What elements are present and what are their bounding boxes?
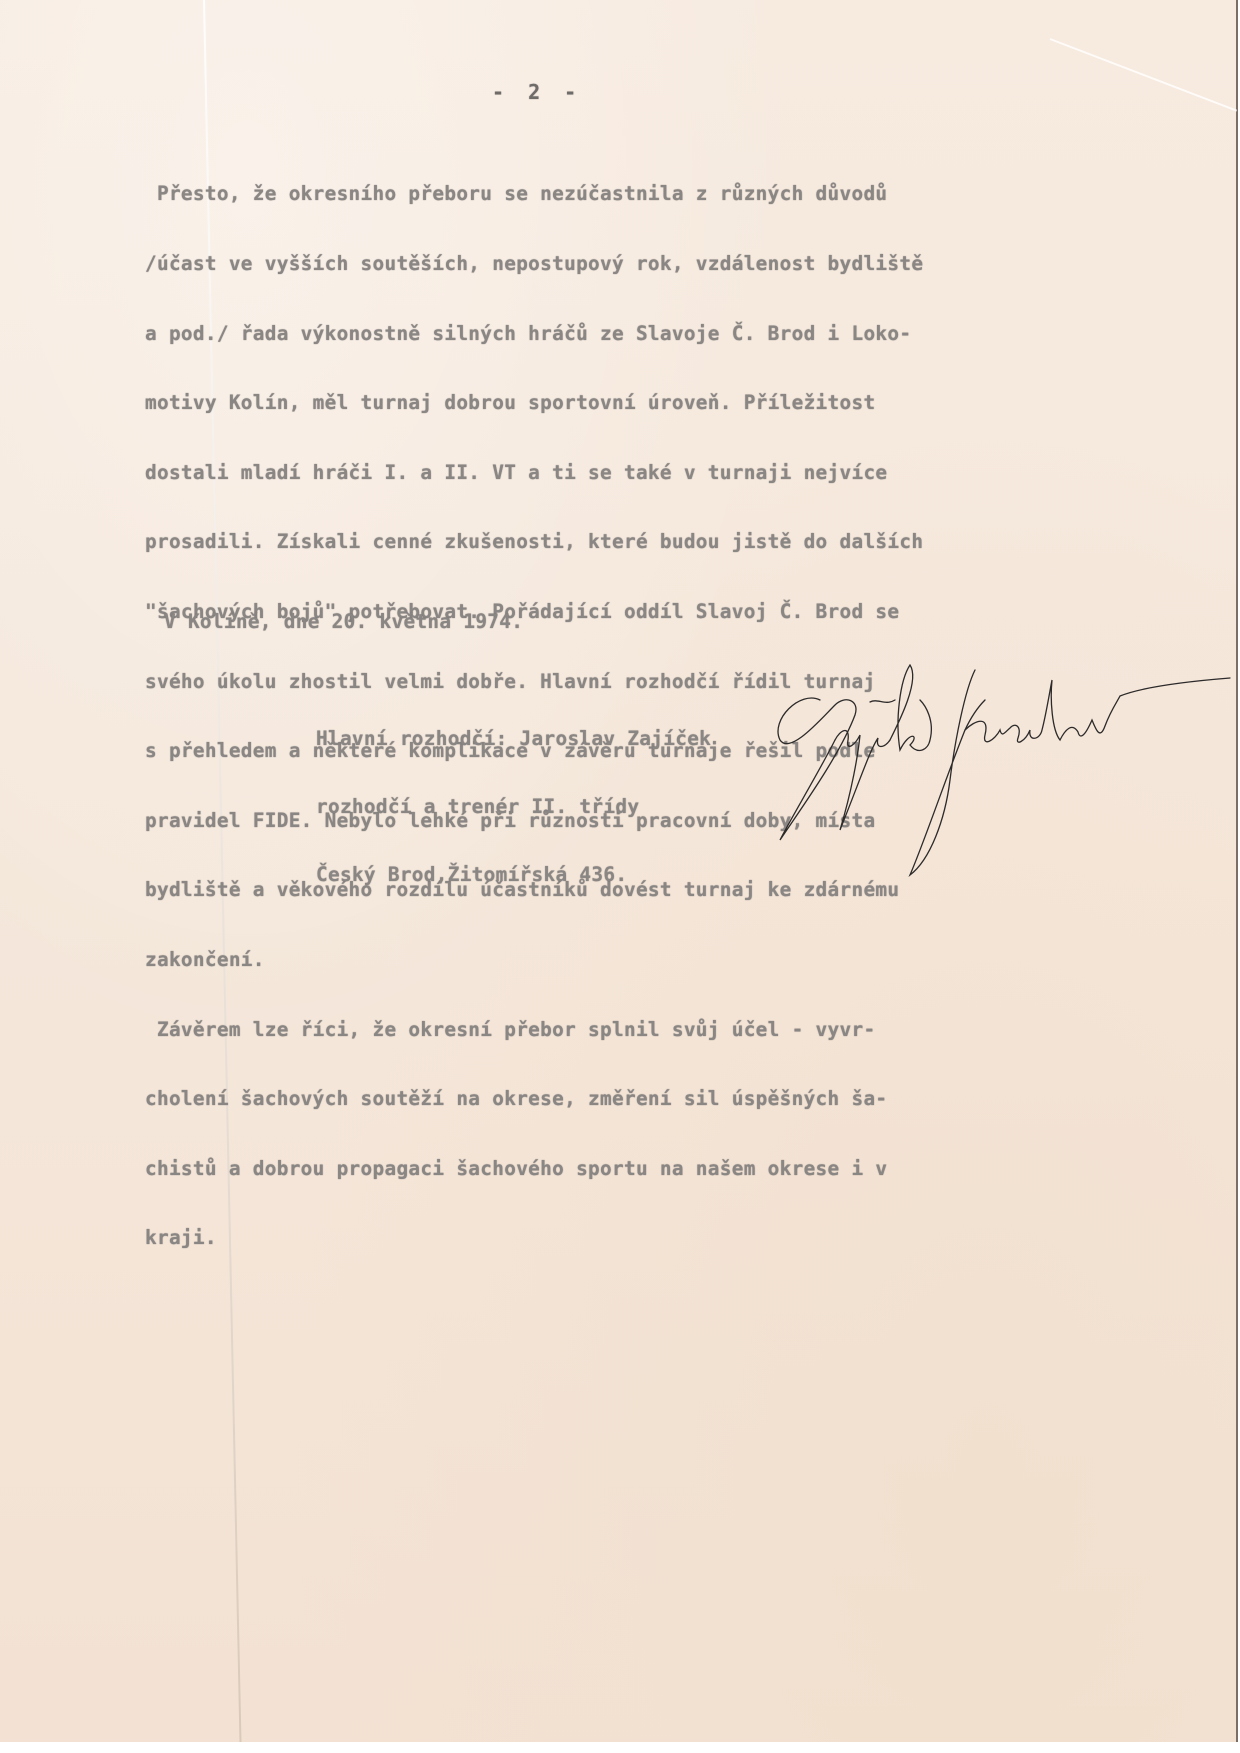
text-line: zakončení. [145,948,923,971]
text-line: chistů a dobrou propagaci šachového spor… [145,1157,923,1180]
text-line: /účast ve vyšších soutěších, nepostupový… [145,252,923,275]
text-line: dostali mladí hráči I. a II. VT a ti se … [145,461,923,484]
text-line: Závěrem lze říci, že okresní přebor spln… [145,1018,923,1041]
text-line: prosadili. Získali cenné zkušenosti, kte… [145,530,923,553]
referee-title: Hlavní rozhodčí: Jaroslav Zajíček [316,728,711,751]
place-and-date: V Kolíně, dne 20. května 1974. [164,610,523,633]
text-line: a pod./ řada výkonostně silných hráčů ze… [145,322,923,345]
text-line: cholení šachových soutěží na okrese, změ… [145,1087,923,1110]
paper-sheet: - 2 - Přesto, že okresního přeboru se ne… [0,0,1238,1742]
text-line: motivy Kolín, měl turnaj dobrou sportovn… [145,391,923,414]
signature-block: Hlavní rozhodčí: Jaroslav Zajíček rozhod… [316,683,711,933]
text-line: kraji. [145,1226,923,1249]
text-line: Přesto, že okresního přeboru se nezúčast… [145,182,923,205]
handwritten-signature [760,660,1240,880]
referee-address: Český Brod,Žitomířská 436. [316,864,711,887]
paper-crease-corner [1050,38,1237,112]
referee-qualification: rozhodčí a trenér II. třídy [316,796,711,819]
page-number: - 2 - [492,80,582,104]
